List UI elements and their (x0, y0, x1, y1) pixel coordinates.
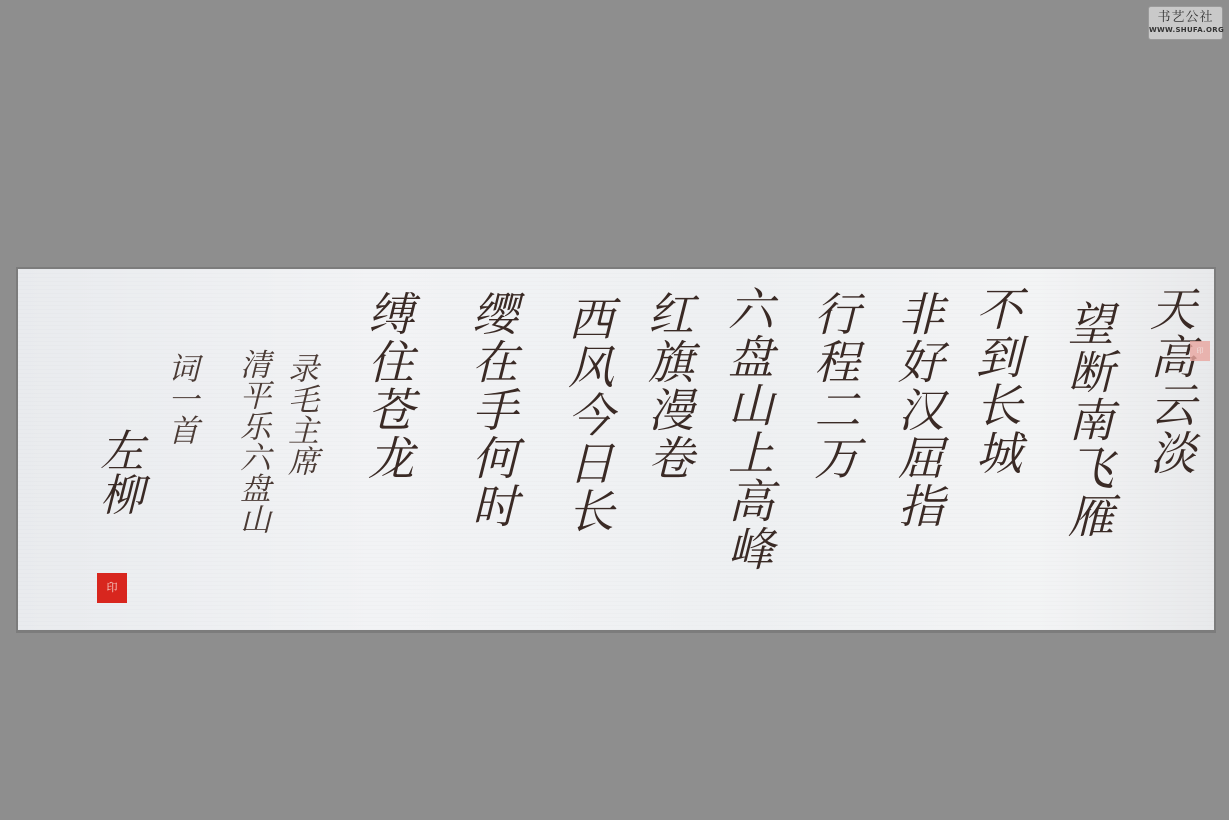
poem-column-8: 西风今日长 (560, 295, 616, 535)
poem-column-9: 缨在手何时 (464, 290, 520, 530)
poem-column-3: 不到长城 (968, 285, 1024, 477)
calligraphy-paper (18, 269, 1214, 630)
site-watermark: 书艺公社 WWW.SHUFA.ORG (1148, 6, 1223, 40)
poem-column-10: 缚住苍龙 (360, 290, 416, 482)
poem-column-6: 六盘山上高峰 (720, 285, 776, 573)
poem-column-2: 望断南飞雁 (1060, 300, 1116, 540)
inscription-column-2: 清平乐六盘山 (234, 348, 270, 534)
inscription-column-1: 录毛主席 (282, 352, 318, 476)
artist-signature: 左柳 (92, 428, 142, 516)
poem-column-7: 红旗漫卷 (640, 290, 696, 482)
artist-seal: 印 (97, 573, 127, 603)
lead-seal: 印 (1190, 341, 1210, 361)
poem-column-1: 天高云淡 (1142, 285, 1198, 477)
watermark-title: 书艺公社 (1149, 9, 1222, 26)
poem-column-4: 非好汉屈指 (890, 290, 946, 530)
watermark-url: WWW.SHUFA.ORG (1149, 26, 1222, 35)
poem-column-5: 行程二万 (806, 290, 862, 482)
inscription-column-3: 词一首 (162, 352, 198, 445)
